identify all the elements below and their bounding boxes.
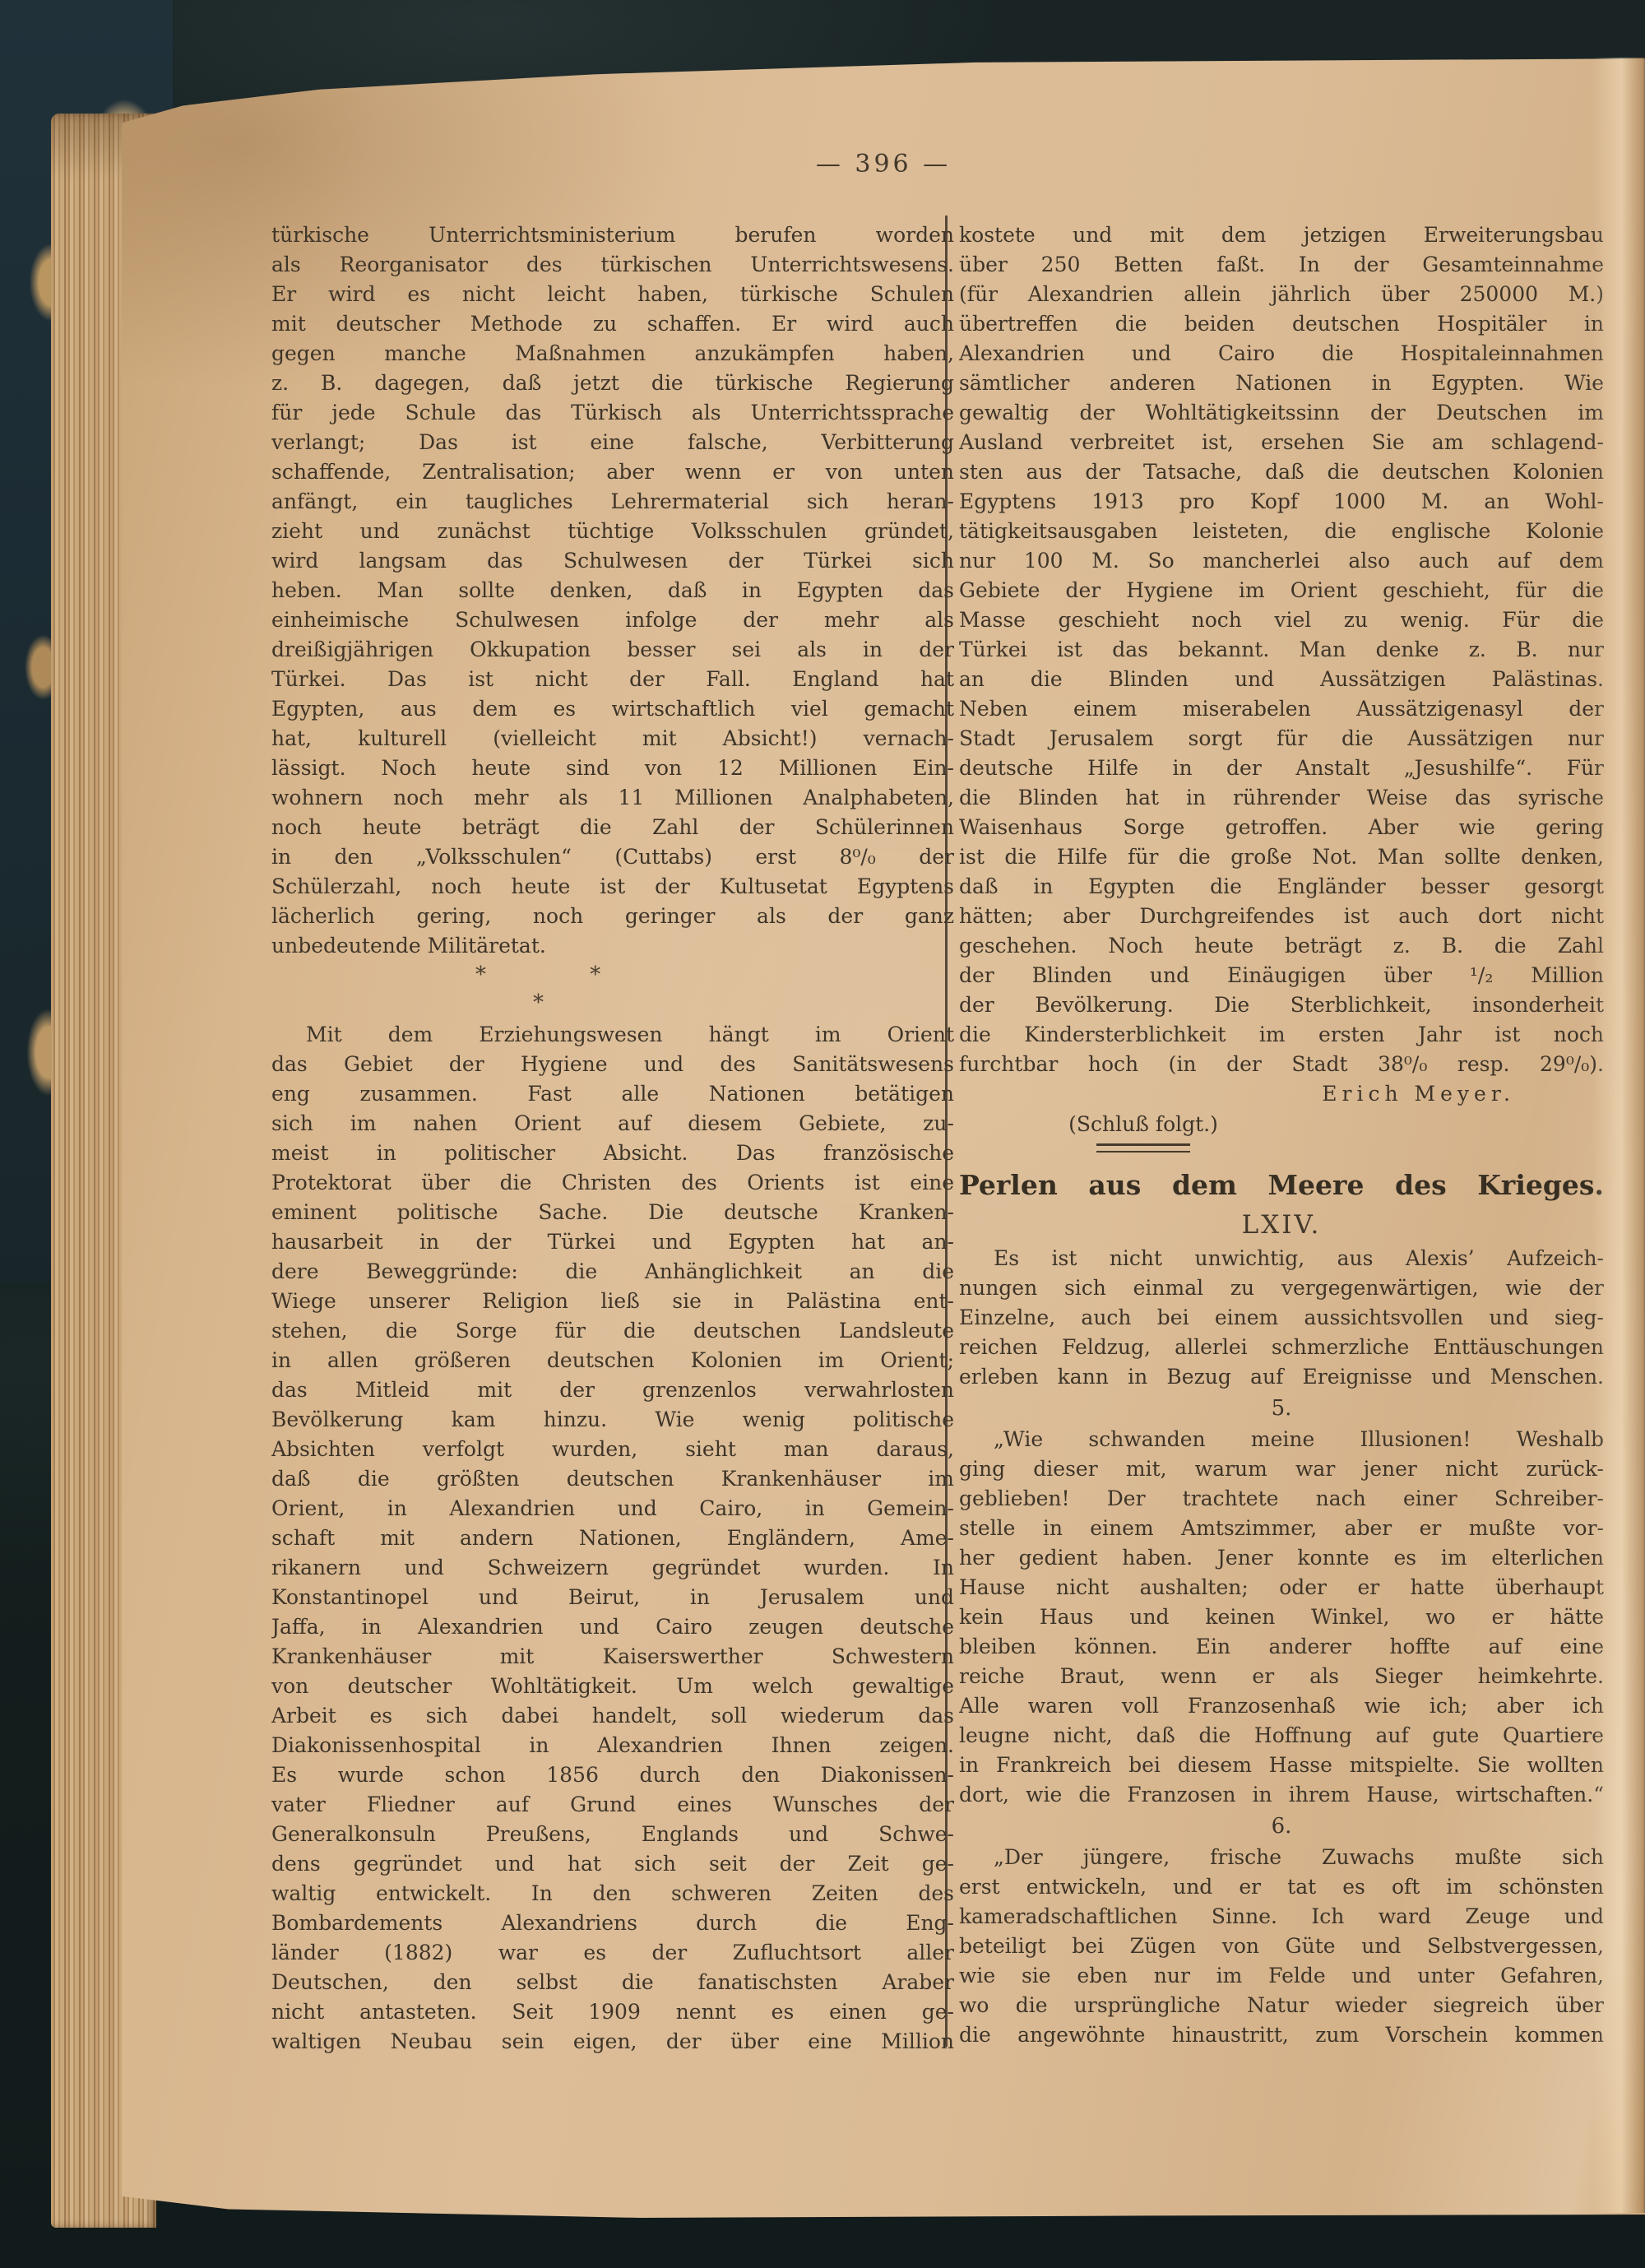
- text-line: tätigkeitsausgaben leisteten, die englis…: [959, 517, 1604, 546]
- paragraph: Mit dem Erziehungswesen hängt im Orientd…: [271, 1020, 954, 2057]
- text-line: mit deutscher Methode zu schaffen. Er wi…: [271, 309, 954, 339]
- text-line: lässigt. Noch heute sind von 12 Millione…: [271, 754, 954, 783]
- text-line: z. B. dagegen, daß jetzt die türkische R…: [271, 369, 954, 398]
- text-line: die angewöhnte hinaustritt, zum Vorschei…: [959, 2020, 1604, 2050]
- text-line: Bevölkerung kam hinzu. Wie wenig politis…: [271, 1405, 954, 1435]
- text-line: rikanern und Schweizern gegründet wurden…: [271, 1553, 954, 1583]
- text-line: in allen größeren deutschen Kolonien im …: [271, 1346, 954, 1375]
- text-line: erleben kann in Bezug auf Ereignisse und…: [959, 1362, 1604, 1392]
- text-line: in den „Volksschulen“ (Cuttabs) erst 8⁰/…: [271, 842, 954, 872]
- text-line: heben. Man sollte denken, daß in Egypten…: [271, 576, 954, 605]
- separator-stars-row: *: [271, 989, 954, 1017]
- text-line: wo die ursprüngliche Natur wieder siegre…: [959, 1991, 1604, 2020]
- text-line: Konstantinopel und Beirut, in Jerusalem …: [271, 1583, 954, 1612]
- text-line: gegen manche Maßnahmen anzukämpfen haben…: [271, 339, 954, 369]
- text-line: Einzelne, auch bei einem aussichtsvollen…: [959, 1303, 1604, 1333]
- text-line: Schülerzahl, noch heute ist der Kultuset…: [271, 872, 954, 902]
- asterisk-icon: *: [475, 962, 486, 987]
- text-line: Egypten, aus dem es wirtschaftlich viel …: [271, 694, 954, 724]
- separator-stars-row: * *: [271, 961, 954, 989]
- text-line: verlangt; Das ist eine falsche, Verbitte…: [271, 428, 954, 457]
- author-signature: Erich Meyer.: [959, 1079, 1604, 1109]
- text-line: Generalkonsuln Preußens, Englands und Sc…: [271, 1820, 954, 1849]
- text-line: dere Beweggründe: die Anhänglichkeit an …: [271, 1257, 954, 1287]
- text-line: in Frankreich bei diesem Hasse mitspielt…: [959, 1751, 1604, 1780]
- text-line: reichen Feldzug, allerlei schmerzliche E…: [959, 1333, 1604, 1362]
- text-line: Jaffa, in Alexandrien und Cairo zeugen d…: [271, 1612, 954, 1642]
- text-line: sten aus der Tatsache, daß die deutschen…: [959, 457, 1604, 487]
- text-line: dens gegründet und hat sich seit der Zei…: [271, 1849, 954, 1879]
- text-line: waltigen Neubau sein eigen, der über ein…: [271, 2027, 954, 2057]
- right-column: kostete und mit dem jetzigen Erweiterung…: [959, 220, 1604, 2050]
- text-line: nicht antasteten. Seit 1909 nennt es ein…: [271, 1997, 954, 2027]
- text-line: dort, wie die Franzosen in ihrem Hause, …: [959, 1780, 1604, 1810]
- text-line: Türkei ist das bekannt. Man denke z. B. …: [959, 635, 1604, 665]
- text-line: nur 100 M. So mancherlei also auch auf d…: [959, 546, 1604, 576]
- text-line: Neben einem miserabelen Aussätzigenasyl …: [959, 694, 1604, 724]
- asterisk-icon: *: [590, 962, 600, 987]
- article-intro-paragraph: Es ist nicht unwichtig, aus Alexis’ Aufz…: [959, 1244, 1604, 1392]
- text-line: Absichten verfolgt wurden, sieht man dar…: [271, 1435, 954, 1464]
- text-line: schaffende, Zentralisation; aber wenn er…: [271, 457, 954, 487]
- text-line: eminent politische Sache. Die deutsche K…: [271, 1198, 954, 1227]
- text-line: kameradschaftlichen Sinne. Ich ward Zeug…: [959, 1902, 1604, 1932]
- text-line: länder (1882) war es der Zufluchtsort al…: [271, 1938, 954, 1968]
- text-line: Masse geschieht noch viel zu wenig. Für …: [959, 605, 1604, 635]
- text-line: hat, kulturell (vielleicht mit Absicht!)…: [271, 724, 954, 754]
- text-line: nungen sich einmal zu vergegenwärtigen, …: [959, 1273, 1604, 1303]
- text-line: die Blinden hat in rührender Weise das s…: [959, 783, 1604, 813]
- text-line: „Der jüngere, frische Zuwachs mußte sich: [959, 1843, 1604, 1872]
- text-line: das Mitleid mit der grenzenlos verwahrlo…: [271, 1375, 954, 1405]
- text-line: gewaltig der Wohltätigkeitssinn der Deut…: [959, 398, 1604, 428]
- text-line: lächerlich gering, noch geringer als der…: [271, 902, 954, 931]
- text-line: Türkei. Das ist nicht der Fall. England …: [271, 665, 954, 694]
- section-6-paragraph: „Der jüngere, frische Zuwachs mußte sich…: [959, 1843, 1604, 2050]
- text-line: stelle in einem Amtszimmer, aber er mußt…: [959, 1514, 1604, 1543]
- article-title: Perlen aus dem Meere des Krieges.: [959, 1165, 1604, 1206]
- section-number-5: 5.: [959, 1392, 1604, 1425]
- text-line: stehen, die Sorge für die deutschen Land…: [271, 1316, 954, 1346]
- text-line: waltig entwickelt. In den schweren Zeite…: [271, 1879, 954, 1909]
- double-rule: [1096, 1143, 1190, 1153]
- text-line: „Wie schwanden meine Illusionen! Weshalb: [959, 1425, 1604, 1454]
- section-number-6: 6.: [959, 1810, 1604, 1843]
- text-line: kein Haus und keinen Winkel, wo er hätte: [959, 1602, 1604, 1632]
- text-line: Waisenhaus Sorge getroffen. Aber wie ger…: [959, 813, 1604, 842]
- text-line: wohnern noch mehr als 11 Millionen Analp…: [271, 783, 954, 813]
- text-line: geblieben! Der trachtete nach einer Schr…: [959, 1484, 1604, 1514]
- continuation-note: (Schluß folgt.): [821, 1109, 1466, 1140]
- text-line: einheimische Schulwesen infolge der mehr…: [271, 605, 954, 635]
- text-line: Hause nicht aushalten; oder er hatte übe…: [959, 1573, 1604, 1602]
- text-line: daß die größten deutschen Krankenhäuser …: [271, 1464, 954, 1494]
- text-line: daß in Egypten die Engländer besser geso…: [959, 872, 1604, 902]
- text-line: Ausland verbreitet ist, ersehen Sie am s…: [959, 428, 1604, 457]
- text-line: für jede Schule das Türkisch als Unterri…: [271, 398, 954, 428]
- text-line: kostete und mit dem jetzigen Erweiterung…: [959, 220, 1604, 250]
- text-line: Alexandrien und Cairo die Hospitaleinnah…: [959, 339, 1604, 369]
- article-numeral: LXIV.: [959, 1206, 1604, 1244]
- text-line: geschehen. Noch heute beträgt z. B. die …: [959, 931, 1604, 961]
- text-line: Egyptens 1913 pro Kopf 1000 M. an Wohl-: [959, 487, 1604, 517]
- text-line: Mit dem Erziehungswesen hängt im Orient: [271, 1020, 954, 1050]
- text-line: Arbeit es sich dabei handelt, soll wiede…: [271, 1701, 954, 1731]
- text-line: das Gebiet der Hygiene und des Sanitätsw…: [271, 1050, 954, 1079]
- text-line: eng zusammen. Fast alle Nationen betätig…: [271, 1079, 954, 1109]
- text-line: die Kindersterblichkeit im ersten Jahr i…: [959, 1020, 1604, 1050]
- section-separator: * * *: [271, 961, 954, 1020]
- text-line: türkische Unterrichtsministerium berufen…: [271, 220, 954, 250]
- text-line: Orient, in Alexandrien und Cairo, in Gem…: [271, 1494, 954, 1524]
- paragraph-last-line: unbedeutende Militäretat.: [271, 931, 954, 961]
- text-line: Gebiete der Hygiene im Orient geschieht,…: [959, 576, 1604, 605]
- text-line: anfängt, ein taugliches Lehrermaterial s…: [271, 487, 954, 517]
- text-line: vater Fliedner auf Grund eines Wunsches …: [271, 1790, 954, 1820]
- text-line: Bombardements Alexandriens durch die Eng…: [271, 1909, 954, 1938]
- text-line: von deutscher Wohltätigkeit. Um welch ge…: [271, 1672, 954, 1701]
- text-line: Diakonissenhospital in Alexandrien Ihnen…: [271, 1731, 954, 1760]
- text-line: (für Alexandrien allein jährlich über 25…: [959, 280, 1604, 309]
- text-line: Alle waren voll Franzosenhaß wie ich; ab…: [959, 1691, 1604, 1721]
- text-line: Es wurde schon 1856 durch den Diakonisse…: [271, 1760, 954, 1790]
- text-line: erst entwickeln, und er tat es oft im sc…: [959, 1872, 1604, 1902]
- text-line: hausarbeit in der Türkei und Egypten hat…: [271, 1227, 954, 1257]
- text-line: zieht und zunächst tüchtige Volksschulen…: [271, 517, 954, 546]
- text-line: hätten; aber Durchgreifendes ist auch do…: [959, 902, 1604, 931]
- section-5-paragraph: „Wie schwanden meine Illusionen! Weshalb…: [959, 1425, 1604, 1810]
- text-line: an die Blinden und Aussätzigen Palästina…: [959, 665, 1604, 694]
- text-line: Krankenhäuser mit Kaiserswerther Schwest…: [271, 1642, 954, 1672]
- text-line: Wiege unserer Religion ließ sie in Paläs…: [271, 1287, 954, 1316]
- text-line: über 250 Betten faßt. In der Gesamteinna…: [959, 250, 1604, 280]
- text-line: Es ist nicht unwichtig, aus Alexis’ Aufz…: [959, 1244, 1604, 1273]
- text-line: beteiligt bei Zügen von Güte und Selbstv…: [959, 1932, 1604, 1961]
- text-line: sämtlicher anderen Nationen in Egypten. …: [959, 369, 1604, 398]
- text-line: Deutschen, den selbst die fanatischsten …: [271, 1968, 954, 1997]
- article-end-rule-wrap: [821, 1143, 1466, 1162]
- text-line: schaft mit andern Nationen, Engländern, …: [271, 1524, 954, 1553]
- paragraph-continuation: türkische Unterrichtsministerium berufen…: [271, 220, 954, 931]
- text-line: der Bevölkerung. Die Sterblichkeit, inso…: [959, 990, 1604, 1020]
- text-line: dreißigjährigen Okkupation besser sei al…: [271, 635, 954, 665]
- text-line: übertreffen die beiden deutschen Hospitä…: [959, 309, 1604, 339]
- page-number: — 396 —: [122, 150, 1645, 179]
- text-line: her gedient haben. Jener konnte es im el…: [959, 1543, 1604, 1573]
- text-line: ging dieser mit, warum war jener nicht z…: [959, 1454, 1604, 1484]
- text-line: wird langsam das Schulwesen der Türkei s…: [271, 546, 954, 576]
- text-line: bleiben können. Ein anderer hoffte auf e…: [959, 1632, 1604, 1662]
- text-line: furchtbar hoch (in der Stadt 38⁰/₀ resp.…: [959, 1050, 1604, 1079]
- text-line: Er wird es nicht leicht haben, türkische…: [271, 280, 954, 309]
- text-line: deutsche Hilfe in der Anstalt „Jesushilf…: [959, 754, 1604, 783]
- paragraph-continuation: kostete und mit dem jetzigen Erweiterung…: [959, 220, 1604, 1079]
- text-line: ist die Hilfe für die große Not. Man sol…: [959, 842, 1604, 872]
- text-line: als Reorganisator des türkischen Unterri…: [271, 250, 954, 280]
- asterisk-icon: *: [533, 990, 544, 1015]
- text-line: der Blinden und Einäugigen über ¹/₂ Mill…: [959, 961, 1604, 990]
- text-line: reiche Braut, wenn er als Sieger heimkeh…: [959, 1662, 1604, 1691]
- text-line: leugne nicht, daß die Hoffnung auf gute …: [959, 1721, 1604, 1751]
- text-line: wie sie eben nur im Felde und unter Gefa…: [959, 1961, 1604, 1991]
- text-line: noch heute beträgt die Zahl der Schüleri…: [271, 813, 954, 842]
- text-line: Protektorat über die Christen des Orient…: [271, 1168, 954, 1198]
- text-line: Stadt Jerusalem sorgt für die Aussätzige…: [959, 724, 1604, 754]
